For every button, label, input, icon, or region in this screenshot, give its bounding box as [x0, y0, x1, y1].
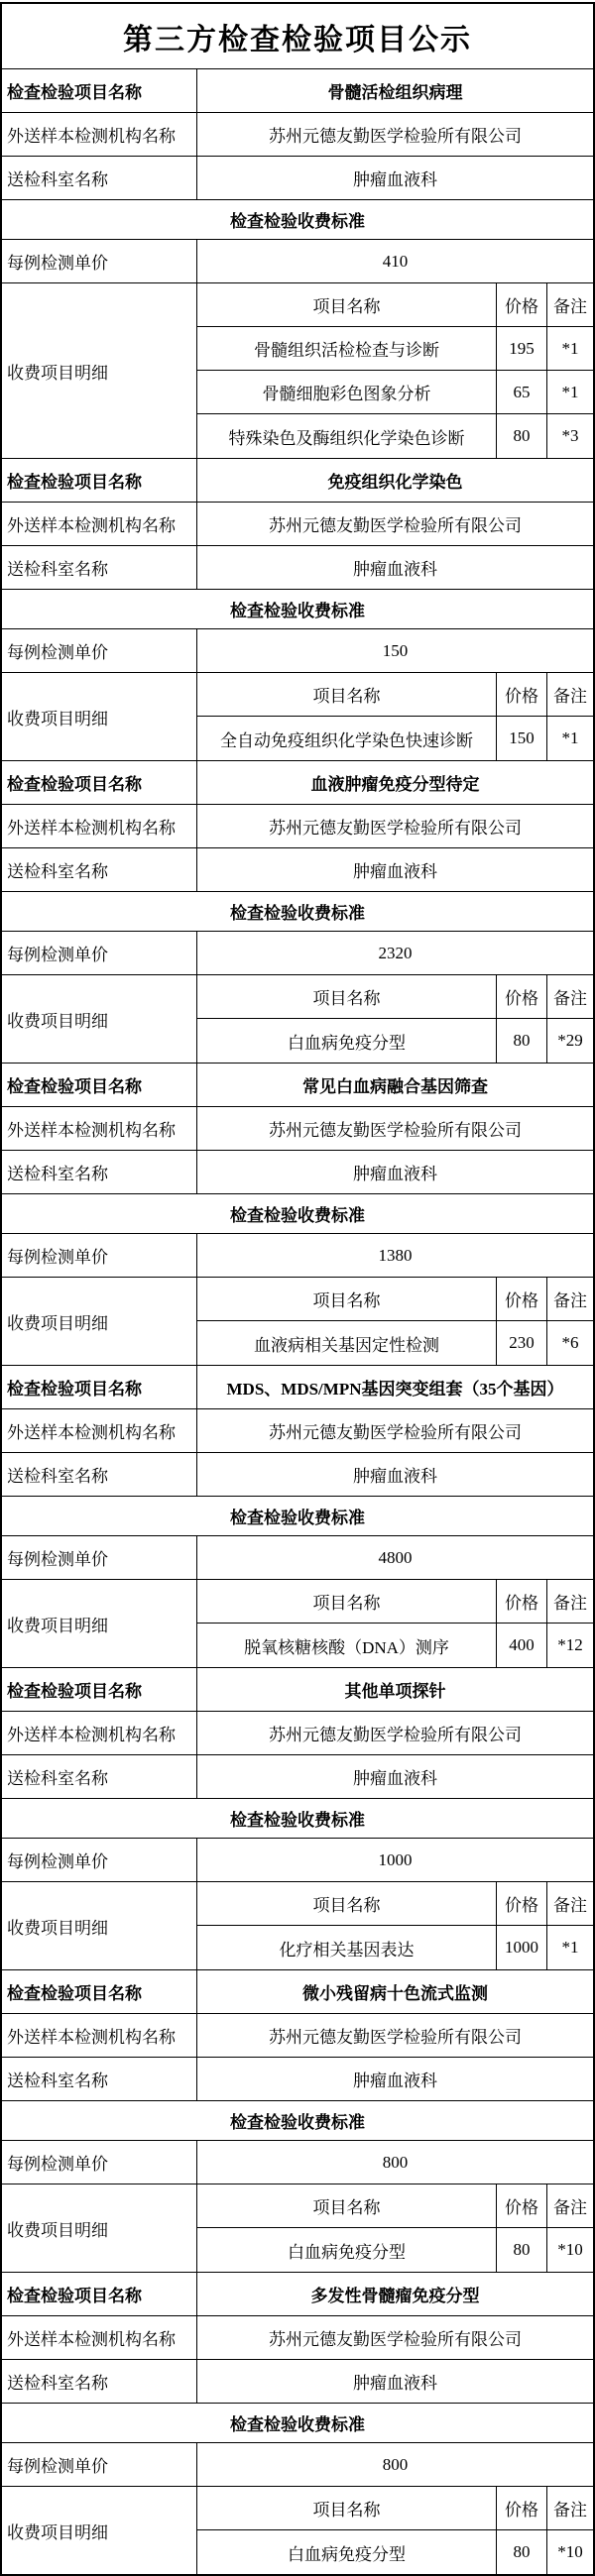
unit-price-value: 800	[197, 2443, 593, 2486]
item-name-column-header: 项目名称	[197, 2487, 497, 2529]
fee-standard-header: 检查检验收费标准	[2, 590, 593, 629]
fee-item-name: 白血病免疫分型	[197, 2228, 497, 2272]
fee-details-table: 项目名称 价格 备注 脱氧核糖核酸（DNA）测序 400 *12	[197, 1580, 593, 1667]
department-value: 肿瘤血液科	[197, 1151, 593, 1193]
fee-item-remark: *1	[547, 717, 593, 760]
test-item-section: 检查检验项目名称 多发性骨髓瘤免疫分型 外送样本检测机构名称 苏州元德友勤医学检…	[2, 2273, 593, 2574]
unit-price-value: 800	[197, 2141, 593, 2184]
remark-column-header: 备注	[547, 1278, 593, 1320]
project-name-label: 检查检验项目名称	[2, 69, 197, 112]
unit-price-row: 每例检测单价 4800	[2, 1536, 593, 1580]
fee-item-row: 白血病免疫分型 80 *29	[197, 1019, 593, 1063]
fee-item-name: 白血病免疫分型	[197, 2530, 497, 2574]
price-column-header: 价格	[497, 1882, 547, 1925]
test-item-section: 检查检验项目名称 微小残留病十色流式监测 外送样本检测机构名称 苏州元德友勤医学…	[2, 1970, 593, 2273]
project-name-row: 检查检验项目名称 微小残留病十色流式监测	[2, 1970, 593, 2014]
fee-details-label: 收费项目明细	[2, 2487, 197, 2574]
project-name-row: 检查检验项目名称 免疫组织化学染色	[2, 459, 593, 503]
test-item-section: 检查检验项目名称 MDS、MDS/MPN基因突变组套（35个基因） 外送样本检测…	[2, 1366, 593, 1668]
fee-item-price: 150	[497, 717, 547, 760]
fee-details-table: 项目名称 价格 备注 白血病免疫分型 80 *29	[197, 975, 593, 1063]
item-name-column-header: 项目名称	[197, 673, 497, 716]
unit-price-label: 每例检测单价	[2, 1234, 197, 1277]
fee-details-table: 项目名称 价格 备注 全自动免疫组织化学染色快速诊断 150 *1	[197, 673, 593, 760]
fee-details-row: 收费项目明细 项目名称 价格 备注 骨髓组织活检检查与诊断 195 *1 骨髓细…	[2, 283, 593, 459]
unit-price-value: 2320	[197, 932, 593, 974]
unit-price-row: 每例检测单价 800	[2, 2141, 593, 2184]
project-name-row: 检查检验项目名称 多发性骨髓瘤免疫分型	[2, 2273, 593, 2316]
department-label: 送检科室名称	[2, 2058, 197, 2100]
institution-label: 外送样本检测机构名称	[2, 113, 197, 156]
unit-price-row: 每例检测单价 2320	[2, 932, 593, 975]
fee-details-header-row: 项目名称 价格 备注	[197, 2184, 593, 2228]
project-name-value: 常见白血病融合基因筛查	[197, 1064, 593, 1106]
remark-column-header: 备注	[547, 283, 593, 326]
department-label: 送检科室名称	[2, 848, 197, 891]
fee-item-price: 400	[497, 1624, 547, 1667]
institution-row: 外送样本检测机构名称 苏州元德友勤医学检验所有限公司	[2, 2316, 593, 2360]
project-name-label: 检查检验项目名称	[2, 1366, 197, 1408]
fee-details-header-row: 项目名称 价格 备注	[197, 975, 593, 1019]
fee-item-price: 80	[497, 2228, 547, 2272]
fee-details-row: 收费项目明细 项目名称 价格 备注 血液病相关基因定性检测 230 *6	[2, 1278, 593, 1366]
institution-label: 外送样本检测机构名称	[2, 1712, 197, 1754]
fee-details-label: 收费项目明细	[2, 1580, 197, 1667]
fee-item-remark: *10	[547, 2530, 593, 2574]
fee-item-row: 脱氧核糖核酸（DNA）测序 400 *12	[197, 1624, 593, 1667]
institution-row: 外送样本检测机构名称 苏州元德友勤医学检验所有限公司	[2, 1712, 593, 1755]
unit-price-label: 每例检测单价	[2, 240, 197, 282]
department-value: 肿瘤血液科	[197, 1755, 593, 1798]
department-row: 送检科室名称 肿瘤血液科	[2, 1453, 593, 1497]
sections-container: 检查检验项目名称 骨髓活检组织病理 外送样本检测机构名称 苏州元德友勤医学检验所…	[2, 69, 593, 2574]
page-title: 第三方检查检验项目公示	[2, 4, 593, 69]
remark-column-header: 备注	[547, 673, 593, 716]
institution-row: 外送样本检测机构名称 苏州元德友勤医学检验所有限公司	[2, 2014, 593, 2058]
department-row: 送检科室名称 肿瘤血液科	[2, 2360, 593, 2404]
department-row: 送检科室名称 肿瘤血液科	[2, 1151, 593, 1194]
fee-standard-header: 检查检验收费标准	[2, 892, 593, 932]
fee-details-row: 收费项目明细 项目名称 价格 备注 白血病免疫分型 80 *10	[2, 2487, 593, 2574]
unit-price-row: 每例检测单价 410	[2, 240, 593, 283]
institution-value: 苏州元德友勤医学检验所有限公司	[197, 1409, 593, 1452]
fee-details-row: 收费项目明细 项目名称 价格 备注 化疗相关基因表达 1000 *1	[2, 1882, 593, 1970]
department-label: 送检科室名称	[2, 2360, 197, 2403]
unit-price-label: 每例检测单价	[2, 1536, 197, 1579]
project-name-value: 其他单项探针	[197, 1668, 593, 1711]
project-name-row: 检查检验项目名称 血液肿瘤免疫分型待定	[2, 761, 593, 805]
project-name-value: 免疫组织化学染色	[197, 459, 593, 502]
fee-details-label: 收费项目明细	[2, 1278, 197, 1365]
unit-price-value: 1000	[197, 1839, 593, 1881]
fee-item-price: 195	[497, 327, 547, 370]
project-name-value: 微小残留病十色流式监测	[197, 1970, 593, 2013]
fee-item-row: 全自动免疫组织化学染色快速诊断 150 *1	[197, 717, 593, 760]
institution-row: 外送样本检测机构名称 苏州元德友勤医学检验所有限公司	[2, 805, 593, 848]
fee-item-remark: *1	[547, 371, 593, 413]
project-name-value: 骨髓活检组织病理	[197, 69, 593, 112]
department-label: 送检科室名称	[2, 1755, 197, 1798]
department-value: 肿瘤血液科	[197, 2360, 593, 2403]
fee-item-price: 80	[497, 1019, 547, 1063]
remark-column-header: 备注	[547, 1580, 593, 1623]
fee-standard-header: 检查检验收费标准	[2, 1799, 593, 1839]
fee-details-table: 项目名称 价格 备注 化疗相关基因表达 1000 *1	[197, 1882, 593, 1969]
unit-price-label: 每例检测单价	[2, 2141, 197, 2184]
fee-details-row: 收费项目明细 项目名称 价格 备注 脱氧核糖核酸（DNA）测序 400 *12	[2, 1580, 593, 1668]
institution-label: 外送样本检测机构名称	[2, 805, 197, 847]
institution-label: 外送样本检测机构名称	[2, 503, 197, 545]
institution-row: 外送样本检测机构名称 苏州元德友勤医学检验所有限公司	[2, 1409, 593, 1453]
item-name-column-header: 项目名称	[197, 1882, 497, 1925]
price-column-header: 价格	[497, 283, 547, 326]
project-name-label: 检查检验项目名称	[2, 2273, 197, 2315]
price-column-header: 价格	[497, 2184, 547, 2227]
fee-item-name: 骨髓细胞彩色图象分析	[197, 371, 497, 413]
project-name-label: 检查检验项目名称	[2, 1668, 197, 1711]
department-value: 肿瘤血液科	[197, 2058, 593, 2100]
fee-item-name: 特殊染色及酶组织化学染色诊断	[197, 414, 497, 458]
department-row: 送检科室名称 肿瘤血液科	[2, 848, 593, 892]
fee-details-header-row: 项目名称 价格 备注	[197, 283, 593, 327]
unit-price-row: 每例检测单价 1000	[2, 1839, 593, 1882]
fee-details-label: 收费项目明细	[2, 283, 197, 458]
unit-price-label: 每例检测单价	[2, 1839, 197, 1881]
announcement-page: 第三方检查检验项目公示 检查检验项目名称 骨髓活检组织病理 外送样本检测机构名称…	[0, 0, 595, 2576]
price-column-header: 价格	[497, 2487, 547, 2529]
department-value: 肿瘤血液科	[197, 546, 593, 589]
item-name-column-header: 项目名称	[197, 1580, 497, 1623]
remark-column-header: 备注	[547, 2487, 593, 2529]
institution-row: 外送样本检测机构名称 苏州元德友勤医学检验所有限公司	[2, 503, 593, 546]
project-name-label: 检查检验项目名称	[2, 1064, 197, 1106]
institution-label: 外送样本检测机构名称	[2, 1409, 197, 1452]
remark-column-header: 备注	[547, 1882, 593, 1925]
institution-value: 苏州元德友勤医学检验所有限公司	[197, 1107, 593, 1150]
department-row: 送检科室名称 肿瘤血液科	[2, 546, 593, 590]
institution-value: 苏州元德友勤医学检验所有限公司	[197, 1712, 593, 1754]
test-item-section: 检查检验项目名称 血液肿瘤免疫分型待定 外送样本检测机构名称 苏州元德友勤医学检…	[2, 761, 593, 1064]
project-name-row: 检查检验项目名称 其他单项探针	[2, 1668, 593, 1712]
unit-price-row: 每例检测单价 800	[2, 2443, 593, 2487]
test-item-section: 检查检验项目名称 常见白血病融合基因筛查 外送样本检测机构名称 苏州元德友勤医学…	[2, 1064, 593, 1366]
project-name-value: 多发性骨髓瘤免疫分型	[197, 2273, 593, 2315]
institution-row: 外送样本检测机构名称 苏州元德友勤医学检验所有限公司	[2, 113, 593, 157]
fee-details-label: 收费项目明细	[2, 975, 197, 1063]
fee-item-price: 65	[497, 371, 547, 413]
fee-details-table: 项目名称 价格 备注 血液病相关基因定性检测 230 *6	[197, 1278, 593, 1365]
fee-item-remark: *1	[547, 1926, 593, 1969]
project-name-label: 检查检验项目名称	[2, 761, 197, 804]
unit-price-label: 每例检测单价	[2, 932, 197, 974]
fee-item-remark: *12	[547, 1624, 593, 1667]
fee-item-name: 化疗相关基因表达	[197, 1926, 497, 1969]
fee-details-header-row: 项目名称 价格 备注	[197, 673, 593, 717]
fee-details-table: 项目名称 价格 备注 白血病免疫分型 80 *10	[197, 2184, 593, 2272]
fee-item-remark: *29	[547, 1019, 593, 1063]
unit-price-label: 每例检测单价	[2, 2443, 197, 2486]
fee-details-label: 收费项目明细	[2, 1882, 197, 1969]
fee-item-row: 血液病相关基因定性检测 230 *6	[197, 1321, 593, 1365]
fee-item-name: 全自动免疫组织化学染色快速诊断	[197, 717, 497, 760]
fee-details-row: 收费项目明细 项目名称 价格 备注 白血病免疫分型 80 *10	[2, 2184, 593, 2273]
fee-details-label: 收费项目明细	[2, 673, 197, 760]
fee-details-header-row: 项目名称 价格 备注	[197, 2487, 593, 2530]
department-value: 肿瘤血液科	[197, 157, 593, 199]
fee-details-label: 收费项目明细	[2, 2184, 197, 2272]
price-column-header: 价格	[497, 1278, 547, 1320]
unit-price-value: 4800	[197, 1536, 593, 1579]
project-name-value: 血液肿瘤免疫分型待定	[197, 761, 593, 804]
department-label: 送检科室名称	[2, 1453, 197, 1496]
item-name-column-header: 项目名称	[197, 2184, 497, 2227]
fee-item-row: 白血病免疫分型 80 *10	[197, 2530, 593, 2574]
unit-price-value: 410	[197, 240, 593, 282]
price-column-header: 价格	[497, 975, 547, 1018]
institution-row: 外送样本检测机构名称 苏州元德友勤医学检验所有限公司	[2, 1107, 593, 1151]
unit-price-value: 1380	[197, 1234, 593, 1277]
fee-item-name: 骨髓组织活检检查与诊断	[197, 327, 497, 370]
fee-details-header-row: 项目名称 价格 备注	[197, 1580, 593, 1624]
department-value: 肿瘤血液科	[197, 848, 593, 891]
fee-item-remark: *3	[547, 414, 593, 458]
fee-item-name: 血液病相关基因定性检测	[197, 1321, 497, 1365]
fee-item-remark: *1	[547, 327, 593, 370]
project-name-row: 检查检验项目名称 骨髓活检组织病理	[2, 69, 593, 113]
fee-item-remark: *6	[547, 1321, 593, 1365]
institution-value: 苏州元德友勤医学检验所有限公司	[197, 113, 593, 156]
item-name-column-header: 项目名称	[197, 283, 497, 326]
fee-item-name: 白血病免疫分型	[197, 1019, 497, 1063]
fee-details-header-row: 项目名称 价格 备注	[197, 1278, 593, 1321]
fee-standard-header: 检查检验收费标准	[2, 2404, 593, 2443]
unit-price-label: 每例检测单价	[2, 629, 197, 672]
institution-value: 苏州元德友勤医学检验所有限公司	[197, 2316, 593, 2359]
announcement-table: 第三方检查检验项目公示 检查检验项目名称 骨髓活检组织病理 外送样本检测机构名称…	[0, 2, 595, 2576]
fee-item-remark: *10	[547, 2228, 593, 2272]
fee-item-price: 1000	[497, 1926, 547, 1969]
fee-details-row: 收费项目明细 项目名称 价格 备注 白血病免疫分型 80 *29	[2, 975, 593, 1064]
fee-item-price: 80	[497, 2530, 547, 2574]
remark-column-header: 备注	[547, 2184, 593, 2227]
institution-value: 苏州元德友勤医学检验所有限公司	[197, 503, 593, 545]
item-name-column-header: 项目名称	[197, 1278, 497, 1320]
institution-value: 苏州元德友勤医学检验所有限公司	[197, 805, 593, 847]
project-name-row: 检查检验项目名称 MDS、MDS/MPN基因突变组套（35个基因）	[2, 1366, 593, 1409]
price-column-header: 价格	[497, 1580, 547, 1623]
fee-item-price: 80	[497, 414, 547, 458]
project-name-label: 检查检验项目名称	[2, 459, 197, 502]
item-name-column-header: 项目名称	[197, 975, 497, 1018]
test-item-section: 检查检验项目名称 免疫组织化学染色 外送样本检测机构名称 苏州元德友勤医学检验所…	[2, 459, 593, 761]
fee-item-row: 化疗相关基因表达 1000 *1	[197, 1926, 593, 1969]
project-name-value: MDS、MDS/MPN基因突变组套（35个基因）	[197, 1366, 593, 1408]
test-item-section: 检查检验项目名称 其他单项探针 外送样本检测机构名称 苏州元德友勤医学检验所有限…	[2, 1668, 593, 1970]
department-label: 送检科室名称	[2, 157, 197, 199]
fee-standard-header: 检查检验收费标准	[2, 2101, 593, 2141]
fee-item-row: 白血病免疫分型 80 *10	[197, 2228, 593, 2272]
project-name-label: 检查检验项目名称	[2, 1970, 197, 2013]
fee-standard-header: 检查检验收费标准	[2, 1194, 593, 1234]
department-row: 送检科室名称 肿瘤血液科	[2, 157, 593, 200]
unit-price-row: 每例检测单价 150	[2, 629, 593, 673]
test-item-section: 检查检验项目名称 骨髓活检组织病理 外送样本检测机构名称 苏州元德友勤医学检验所…	[2, 69, 593, 459]
project-name-row: 检查检验项目名称 常见白血病融合基因筛查	[2, 1064, 593, 1107]
fee-item-row: 骨髓组织活检检查与诊断 195 *1	[197, 327, 593, 371]
price-column-header: 价格	[497, 673, 547, 716]
unit-price-row: 每例检测单价 1380	[2, 1234, 593, 1278]
fee-standard-header: 检查检验收费标准	[2, 200, 593, 240]
fee-item-name: 脱氧核糖核酸（DNA）测序	[197, 1624, 497, 1667]
department-row: 送检科室名称 肿瘤血液科	[2, 2058, 593, 2101]
fee-details-table: 项目名称 价格 备注 白血病免疫分型 80 *10	[197, 2487, 593, 2574]
fee-details-row: 收费项目明细 项目名称 价格 备注 全自动免疫组织化学染色快速诊断 150 *1	[2, 673, 593, 761]
unit-price-value: 150	[197, 629, 593, 672]
institution-label: 外送样本检测机构名称	[2, 2014, 197, 2057]
fee-details-table: 项目名称 价格 备注 骨髓组织活检检查与诊断 195 *1 骨髓细胞彩色图象分析…	[197, 283, 593, 458]
department-label: 送检科室名称	[2, 546, 197, 589]
fee-details-header-row: 项目名称 价格 备注	[197, 1882, 593, 1926]
department-label: 送检科室名称	[2, 1151, 197, 1193]
fee-item-price: 230	[497, 1321, 547, 1365]
department-row: 送检科室名称 肿瘤血液科	[2, 1755, 593, 1799]
institution-value: 苏州元德友勤医学检验所有限公司	[197, 2014, 593, 2057]
remark-column-header: 备注	[547, 975, 593, 1018]
institution-label: 外送样本检测机构名称	[2, 2316, 197, 2359]
institution-label: 外送样本检测机构名称	[2, 1107, 197, 1150]
fee-item-row: 骨髓细胞彩色图象分析 65 *1	[197, 371, 593, 414]
fee-standard-header: 检查检验收费标准	[2, 1497, 593, 1536]
fee-item-row: 特殊染色及酶组织化学染色诊断 80 *3	[197, 414, 593, 458]
department-value: 肿瘤血液科	[197, 1453, 593, 1496]
